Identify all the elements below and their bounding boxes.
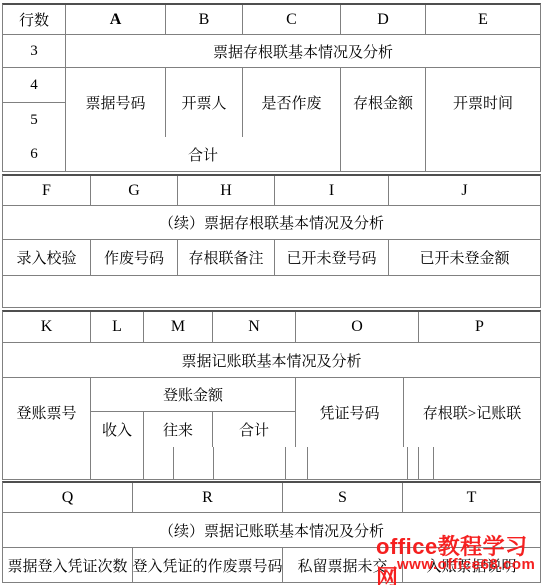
s2-title-row: （续）票据存根联基本情况及分析	[3, 206, 540, 240]
s2-empty-row	[3, 276, 540, 307]
s4-col-letter-s: S	[283, 483, 403, 513]
s4-field-voucher-entry-count: 票据登入凭证次数	[3, 548, 133, 582]
s2-section-title: （续）票据存根联基本情况及分析	[3, 206, 540, 240]
s1-col-letter-d: D	[341, 5, 426, 35]
s1-total-row: 6 合计	[3, 137, 540, 171]
s3-letter-header-row: K L M N O P	[3, 312, 540, 343]
s1-row-num-4: 4	[3, 68, 65, 103]
section-stub-sheet: 行数 A B C D E 3 票据存根联基本情况及分析 4 5 票据号码 开票人…	[2, 3, 541, 172]
s3-field-stub-vs-ledger: 存根联>记账联	[404, 378, 540, 447]
s2-field-entry-check: 录入校验	[3, 240, 91, 276]
s3-title-row: 票据记账联基本情况及分析	[3, 343, 540, 378]
s1-row-num-4-5: 4 5	[3, 68, 66, 137]
s2-col-letter-i: I	[275, 176, 389, 206]
s1-col-letter-a: A	[66, 5, 166, 35]
section-stub-sheet-continued: F G H I J （续）票据存根联基本情况及分析 录入校验 作废号码 存根联备…	[2, 174, 541, 308]
s1-field-issue-time: 开票时间	[426, 68, 540, 137]
s3-sub-income: 收入	[91, 412, 144, 447]
s3-empty-cell	[144, 447, 174, 479]
s3-amount-group: 登账金额 收入 往来 合计	[91, 378, 296, 447]
s2-col-letter-g: G	[91, 176, 178, 206]
s3-field-voucher-no: 凭证号码	[296, 378, 404, 447]
s1-total-label: 合计	[66, 137, 341, 171]
s4-field-voided-ticket-in-voucher: 登入凭证的作废票号码	[133, 548, 283, 582]
s1-title-row: 3 票据存根联基本情况及分析	[3, 35, 540, 68]
s3-col-letter-o: O	[296, 312, 419, 343]
s3-empty-cell	[174, 447, 214, 479]
section-ledger-sheet: K L M N O P 票据记账联基本情况及分析 登账票号 登账金额 收入 往来…	[2, 310, 541, 480]
s4-col-letter-r: R	[133, 483, 283, 513]
s3-col-letter-n: N	[213, 312, 296, 343]
s1-corner-cell: 行数	[3, 5, 66, 35]
s2-field-header-row: 录入校验 作废号码 存根联备注 已开未登号码 已开未登金额	[3, 240, 540, 276]
s4-col-letter-t: T	[403, 483, 540, 513]
s3-field-ledger-ticket-no: 登账票号	[3, 378, 91, 447]
worksheet-design-table-image: 行数 A B C D E 3 票据存根联基本情况及分析 4 5 票据号码 开票人…	[0, 0, 544, 585]
s2-col-letter-f: F	[3, 176, 91, 206]
s1-field-issuer: 开票人	[166, 68, 243, 137]
s1-field-stub-amount: 存根金额	[341, 68, 426, 137]
s3-col-letter-p: P	[419, 312, 540, 343]
s1-col-letter-b: B	[166, 5, 243, 35]
s4-col-letter-q: Q	[3, 483, 133, 513]
s3-sub-total: 合计	[213, 412, 295, 447]
s3-empty-cell	[434, 447, 540, 479]
s4-section-title: （续）票据记账联基本情况及分析	[3, 513, 540, 548]
s2-field-stub-remark: 存根联备注	[178, 240, 275, 276]
s1-empty-cell-e6	[426, 137, 540, 171]
s3-section-title: 票据记账联基本情况及分析	[3, 343, 540, 378]
s1-letter-header-row: 行数 A B C D E	[3, 5, 540, 35]
s2-empty-cell	[3, 276, 540, 307]
s4-title-row: （续）票据记账联基本情况及分析	[3, 513, 540, 548]
s3-empty-cell	[408, 447, 419, 479]
s1-field-header-row: 4 5 票据号码 开票人 是否作废 存根金额 开票时间	[3, 68, 540, 137]
s3-empty-cell	[286, 447, 308, 479]
s4-field-header-row: 票据登入凭证次数 登入凭证的作废票号码 私留票据未交 入账票据说明	[3, 548, 540, 582]
s2-col-letter-h: H	[178, 176, 275, 206]
section-ledger-sheet-continued: Q R S T （续）票据记账联基本情况及分析 票据登入凭证次数 登入凭证的作废…	[2, 481, 541, 583]
s1-row-num-6: 6	[3, 137, 66, 171]
s2-field-voided-number: 作废号码	[91, 240, 178, 276]
s4-letter-header-row: Q R S T	[3, 483, 540, 513]
s2-col-letter-j: J	[389, 176, 540, 206]
s3-amount-subrow: 收入 往来 合计	[91, 412, 295, 447]
s2-field-issued-unposted-number: 已开未登号码	[275, 240, 389, 276]
s1-row-num-3: 3	[3, 35, 66, 68]
s1-field-ticket-number: 票据号码	[66, 68, 166, 137]
s3-empty-cell	[308, 447, 408, 479]
s1-empty-cell-d6	[341, 137, 426, 171]
s1-row-num-5: 5	[3, 103, 65, 137]
s3-empty-grid-row	[3, 447, 540, 479]
s4-field-withheld-unsubmitted: 私留票据未交	[283, 548, 403, 582]
s3-col-letter-l: L	[91, 312, 144, 343]
s3-sub-transfer: 往来	[144, 412, 213, 447]
s3-col-letter-k: K	[3, 312, 91, 343]
s1-field-voided: 是否作废	[243, 68, 341, 137]
s1-section-title: 票据存根联基本情况及分析	[66, 35, 540, 68]
s3-empty-cell	[91, 447, 144, 479]
s1-col-letter-c: C	[243, 5, 341, 35]
s1-col-letter-e: E	[426, 5, 540, 35]
s3-field-header-row: 登账票号 登账金额 收入 往来 合计 凭证号码 存根联>记账联	[3, 378, 540, 447]
s4-field-posted-ticket-note: 入账票据说明	[403, 548, 540, 582]
s3-col-letter-m: M	[144, 312, 213, 343]
s2-field-issued-unposted-amount: 已开未登金额	[389, 240, 540, 276]
s2-letter-header-row: F G H I J	[3, 176, 540, 206]
s3-empty-cell	[3, 447, 91, 479]
s3-empty-cell	[214, 447, 286, 479]
s3-amount-group-label: 登账金额	[91, 378, 295, 412]
s3-empty-cell	[419, 447, 434, 479]
